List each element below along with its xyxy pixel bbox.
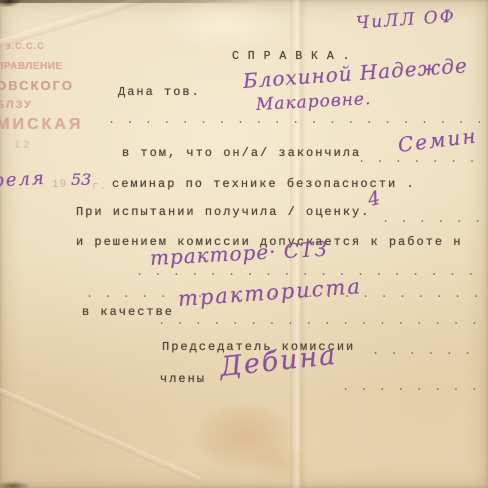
dotted-leader-capacity: . . . . . . . . . . . . . . . . . . . . … <box>158 314 482 328</box>
top-left-corner-shadow <box>0 0 25 10</box>
statement-text: в том, что он/а/ закончила <box>122 146 361 160</box>
stamp-line-sssr: з.С.С.С <box>6 41 44 51</box>
dotted-leader-chairman: . . . . . . . . . . . . . . . . . . . . … <box>372 344 482 358</box>
date-suffix: г. <box>92 181 107 193</box>
top-edge-shadow <box>0 0 260 3</box>
exam-text: При испытании получила / оценку. <box>76 205 370 219</box>
dotted-leader-grade: . . . . . . . . . . . . . . . . . . . . … <box>382 212 482 226</box>
stamp-line-ovskogo: ОВСКОГО <box>0 78 74 93</box>
stamp-line-miskaya: МИСКАЯ <box>0 116 83 134</box>
bottom-left-crease <box>0 379 201 483</box>
stamp-line-number: 1 2 <box>14 139 29 151</box>
issued-to-label: Дана тов. <box>118 85 201 99</box>
capacity-handwritten: тракториста <box>177 274 362 311</box>
scanned-certificate: ЧиЛЛ ОФ з.С.С.С ПРАВЛЕНИЕ ОВСКОГО БЛЗУ М… <box>0 0 488 488</box>
archival-mark-handwritten: ЧиЛЛ ОФ <box>355 7 456 34</box>
dotted-leader-members: . . . . . . . . . . . . . . . . . . . . … <box>342 380 482 394</box>
recipient-patronymic-handwritten: Макаровне. <box>255 89 371 115</box>
date-month-handwritten: апреля <box>0 168 46 193</box>
dotted-leader-name: . . . . . . . . . . . . . . . . . . . . … <box>108 113 480 127</box>
stamp-line-upravlenie: ПРАВЛЕНИЕ <box>0 61 62 72</box>
stamp-line-oblzu: БЛЗУ <box>0 99 33 111</box>
bottom-stain-small <box>240 440 320 486</box>
date-year-handwritten: 53 <box>71 170 91 189</box>
document-title: С П Р А В К А . <box>232 50 351 63</box>
date-century-preprinted: 19 <box>52 179 67 191</box>
members-label: члены <box>160 372 206 386</box>
bottom-left-corner-shadow <box>0 480 34 488</box>
